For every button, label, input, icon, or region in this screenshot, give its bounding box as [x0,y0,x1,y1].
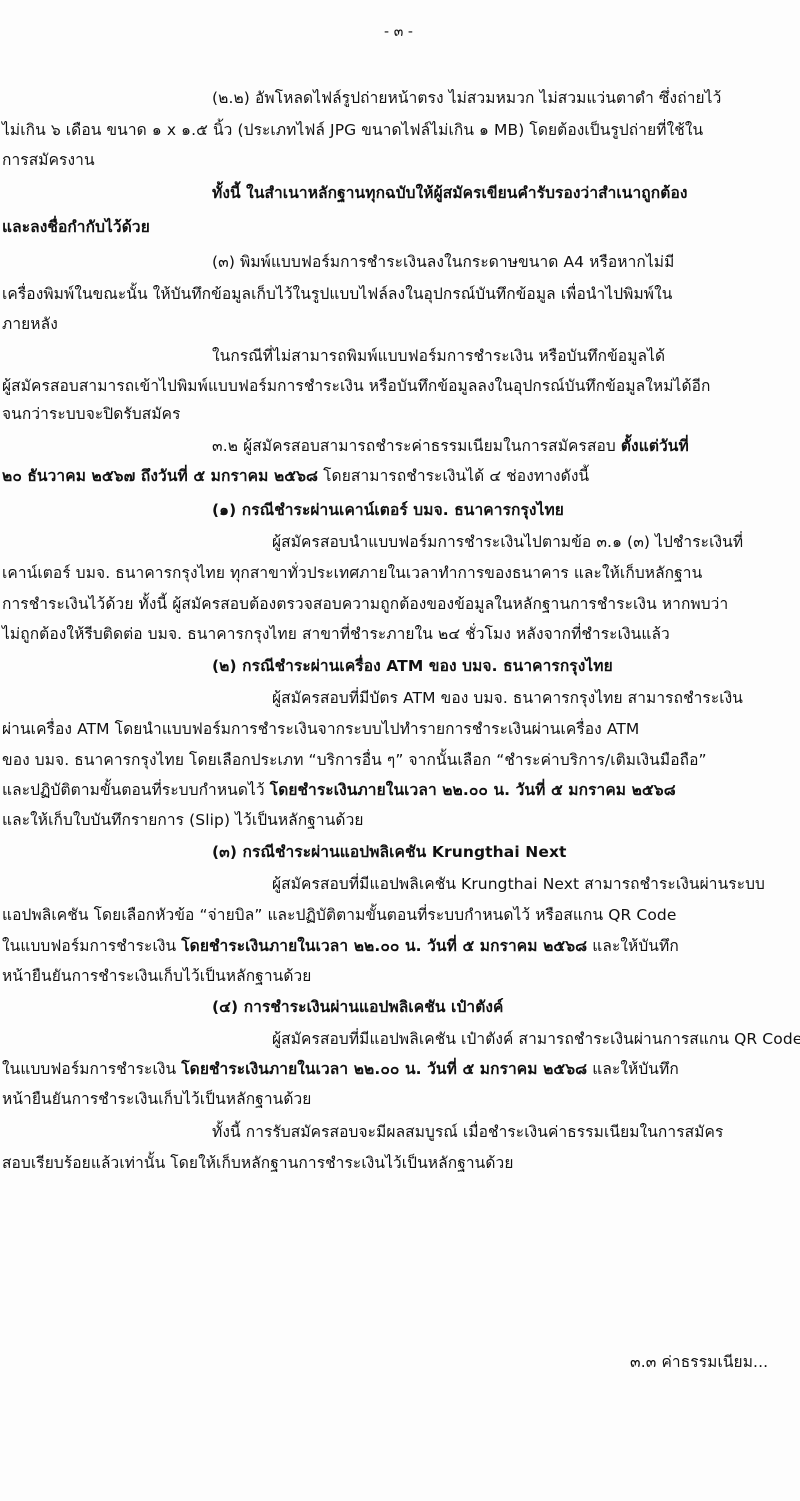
text-segment: (๒.๒) อัพโหลดไฟล์รูปถ่ายหน้าตรง ไม่สวมหม… [212,89,721,107]
text-line: ผ่านเครื่อง ATM โดยนำแบบฟอร์มการชำระเงิน… [2,719,639,739]
text-line: (๓) กรณีชำระผ่านแอปพลิเคชัน Krungthai Ne… [212,842,567,862]
text-line: และปฏิบัติตามขั้นตอนที่ระบบกำหนดไว้ โดยช… [2,780,676,800]
text-line: ไม่ถูกต้องให้รีบติดต่อ บมจ. ธนาคารกรุงไท… [2,624,670,644]
text-segment: ในแบบฟอร์มการชำระเงิน [2,1060,181,1078]
text-segment: ภายหลัง [2,315,58,333]
text-segment: หน้ายืนยันการชำระเงินเก็บไว้เป็นหลักฐานด… [2,1090,311,1108]
text-line: หน้ายืนยันการชำระเงินเก็บไว้เป็นหลักฐานด… [2,966,311,986]
text-line: การสมัครงาน [2,150,95,170]
text-line: แอปพลิเคชัน โดยเลือกหัวข้อ “จ่ายบิล” และ… [2,905,677,925]
text-line: ในแบบฟอร์มการชำระเงิน โดยชำระเงินภายในเว… [2,936,679,956]
text-line: ไม่เกิน ๖ เดือน ขนาด ๑ x ๑.๕ นิ้ว (ประเภ… [2,120,703,140]
text-line: (๒) กรณีชำระผ่านเครื่อง ATM ของ บมจ. ธนา… [212,656,613,676]
document-page: - ๓ - (๒.๒) อัพโหลดไฟล์รูปถ่ายหน้าตรง ไม… [0,0,800,1501]
text-segment: ผู้สมัครสอบที่มีแอปพลิเคชัน Krungthai Ne… [272,875,765,893]
text-line: ของ บมจ. ธนาคารกรุงไทย โดยเลือกประเภท “บ… [2,750,707,770]
text-line: ผู้สมัครสอบที่มีแอปพลิเคชัน เป๋าตังค์ สา… [272,1029,800,1049]
text-line: ทั้งนี้ ในสำเนาหลักฐานทุกฉบับให้ผู้สมัคร… [212,183,688,203]
text-line: ผู้สมัครสอบที่มีบัตร ATM ของ บมจ. ธนาคาร… [272,688,743,708]
text-segment: ผู้สมัครสอบที่มีแอปพลิเคชัน เป๋าตังค์ สา… [272,1030,800,1048]
text-line: ในแบบฟอร์มการชำระเงิน โดยชำระเงินภายในเว… [2,1059,679,1079]
text-segment: ผู้สมัครสอบสามารถเข้าไปพิมพ์แบบฟอร์มการช… [2,377,711,395]
text-segment: ของ บมจ. ธนาคารกรุงไทย โดยเลือกประเภท “บ… [2,751,707,769]
text-line: สอบเรียบร้อยแล้วเท่านั้น โดยให้เก็บหลักฐ… [2,1153,514,1173]
text-line: (๓) พิมพ์แบบฟอร์มการชำระเงินลงในกระดาษขน… [212,252,674,272]
text-line: หน้ายืนยันการชำระเงินเก็บไว้เป็นหลักฐานด… [2,1089,311,1109]
text-line: ผู้สมัครสอบสามารถเข้าไปพิมพ์แบบฟอร์มการช… [2,376,711,396]
bold-text-segment: โดยชำระเงินภายในเวลา ๒๒.๐๐ น. วันที่ ๕ ม… [270,781,676,799]
text-segment: (๓) พิมพ์แบบฟอร์มการชำระเงินลงในกระดาษขน… [212,253,674,271]
text-line: (๒.๒) อัพโหลดไฟล์รูปถ่ายหน้าตรง ไม่สวมหม… [212,88,721,108]
text-segment: และให้เก็บใบบันทึกรายการ (Slip) ไว้เป็นห… [2,811,364,829]
text-line: ๒๐ ธันวาคม ๒๕๖๗ ถึงวันที่ ๕ มกราคม ๒๕๖๘ … [2,466,589,486]
text-segment: เครื่องพิมพ์ในขณะนั้น ให้บันทึกข้อมูลเก็… [2,285,672,303]
text-segment: การชำระเงินไว้ด้วย ทั้งนี้ ผู้สมัครสอบต้… [2,595,728,613]
text-segment: ๓.๒ ผู้สมัครสอบสามารถชำระค่าธรรมเนียมในก… [212,437,621,455]
text-line: เครื่องพิมพ์ในขณะนั้น ให้บันทึกข้อมูลเก็… [2,284,672,304]
bold-text-segment: (๓) กรณีชำระผ่านแอปพลิเคชัน Krungthai Ne… [212,843,567,861]
text-segment: และให้บันทึก [587,937,679,955]
text-line: ผู้สมัครสอบนำแบบฟอร์มการชำระเงินไปตามข้อ… [272,532,743,552]
bold-text-segment: และลงชื่อกำกับไว้ด้วย [2,218,150,236]
text-segment: เคาน์เตอร์ บมจ. ธนาคารกรุงไทย ทุกสาขาทั่… [2,564,702,582]
text-segment: การสมัครงาน [2,151,95,169]
bold-text-segment: ๒๐ ธันวาคม ๒๕๖๗ ถึงวันที่ ๕ มกราคม ๒๕๖๘ [2,467,318,485]
text-segment: หน้ายืนยันการชำระเงินเก็บไว้เป็นหลักฐานด… [2,967,311,985]
bold-text-segment: (๒) กรณีชำระผ่านเครื่อง ATM ของ บมจ. ธนา… [212,657,613,675]
text-segment: ผู้สมัครสอบนำแบบฟอร์มการชำระเงินไปตามข้อ… [272,533,743,551]
text-segment: ในกรณีที่ไม่สามารถพิมพ์แบบฟอร์มการชำระเง… [212,347,665,365]
text-segment: แอปพลิเคชัน โดยเลือกหัวข้อ “จ่ายบิล” และ… [2,906,677,924]
text-segment: และปฏิบัติตามขั้นตอนที่ระบบกำหนดไว้ [2,781,270,799]
page-number: - ๓ - [384,22,413,42]
text-line: และลงชื่อกำกับไว้ด้วย [2,217,150,237]
text-segment: ผ่านเครื่อง ATM โดยนำแบบฟอร์มการชำระเงิน… [2,720,639,738]
bold-text-segment: (๔) การชำระเงินผ่านแอปพลิเคชัน เป๋าตังค์ [212,998,504,1016]
bold-text-segment: (๑) กรณีชำระผ่านเคาน์เตอร์ บมจ. ธนาคารกร… [212,501,564,519]
text-line: เคาน์เตอร์ บมจ. ธนาคารกรุงไทย ทุกสาขาทั่… [2,563,702,583]
text-line: จนกว่าระบบจะปิดรับสมัคร [2,404,181,424]
text-line: ผู้สมัครสอบที่มีแอปพลิเคชัน Krungthai Ne… [272,874,765,894]
text-segment: ทั้งนี้ การรับสมัครสอบจะมีผลสมบูรณ์ เมื่… [212,1123,723,1141]
bold-text-segment: ตั้งแต่วันที่ [621,437,689,455]
text-line: ในกรณีที่ไม่สามารถพิมพ์แบบฟอร์มการชำระเง… [212,346,665,366]
text-line: และให้เก็บใบบันทึกรายการ (Slip) ไว้เป็นห… [2,810,364,830]
text-line: (๔) การชำระเงินผ่านแอปพลิเคชัน เป๋าตังค์ [212,997,504,1017]
text-line: การชำระเงินไว้ด้วย ทั้งนี้ ผู้สมัครสอบต้… [2,594,728,614]
text-segment: และให้บันทึก [587,1060,679,1078]
text-line: ๓.๒ ผู้สมัครสอบสามารถชำระค่าธรรมเนียมในก… [212,436,689,456]
bold-text-segment: ทั้งนี้ ในสำเนาหลักฐานทุกฉบับให้ผู้สมัคร… [212,184,688,202]
text-line: ภายหลัง [2,314,58,334]
text-segment: ไม่ถูกต้องให้รีบติดต่อ บมจ. ธนาคารกรุงไท… [2,625,670,643]
text-segment: สอบเรียบร้อยแล้วเท่านั้น โดยให้เก็บหลักฐ… [2,1154,514,1172]
bold-text-segment: โดยชำระเงินภายในเวลา ๒๒.๐๐ น. วันที่ ๕ ม… [181,1060,587,1078]
text-segment: ผู้สมัครสอบที่มีบัตร ATM ของ บมจ. ธนาคาร… [272,689,743,707]
text-segment: โดยสามารถชำระเงินได้ ๔ ช่องทางดังนี้ [318,467,589,485]
text-line: (๑) กรณีชำระผ่านเคาน์เตอร์ บมจ. ธนาคารกร… [212,500,564,520]
text-segment: จนกว่าระบบจะปิดรับสมัคร [2,405,181,423]
bold-text-segment: โดยชำระเงินภายในเวลา ๒๒.๐๐ น. วันที่ ๕ ม… [181,937,587,955]
text-segment: ในแบบฟอร์มการชำระเงิน [2,937,181,955]
text-segment: ไม่เกิน ๖ เดือน ขนาด ๑ x ๑.๕ นิ้ว (ประเภ… [2,121,703,139]
continuation-marker: ๓.๓ ค่าธรรมเนียม... [630,1352,768,1372]
text-line: ทั้งนี้ การรับสมัครสอบจะมีผลสมบูรณ์ เมื่… [212,1122,723,1142]
